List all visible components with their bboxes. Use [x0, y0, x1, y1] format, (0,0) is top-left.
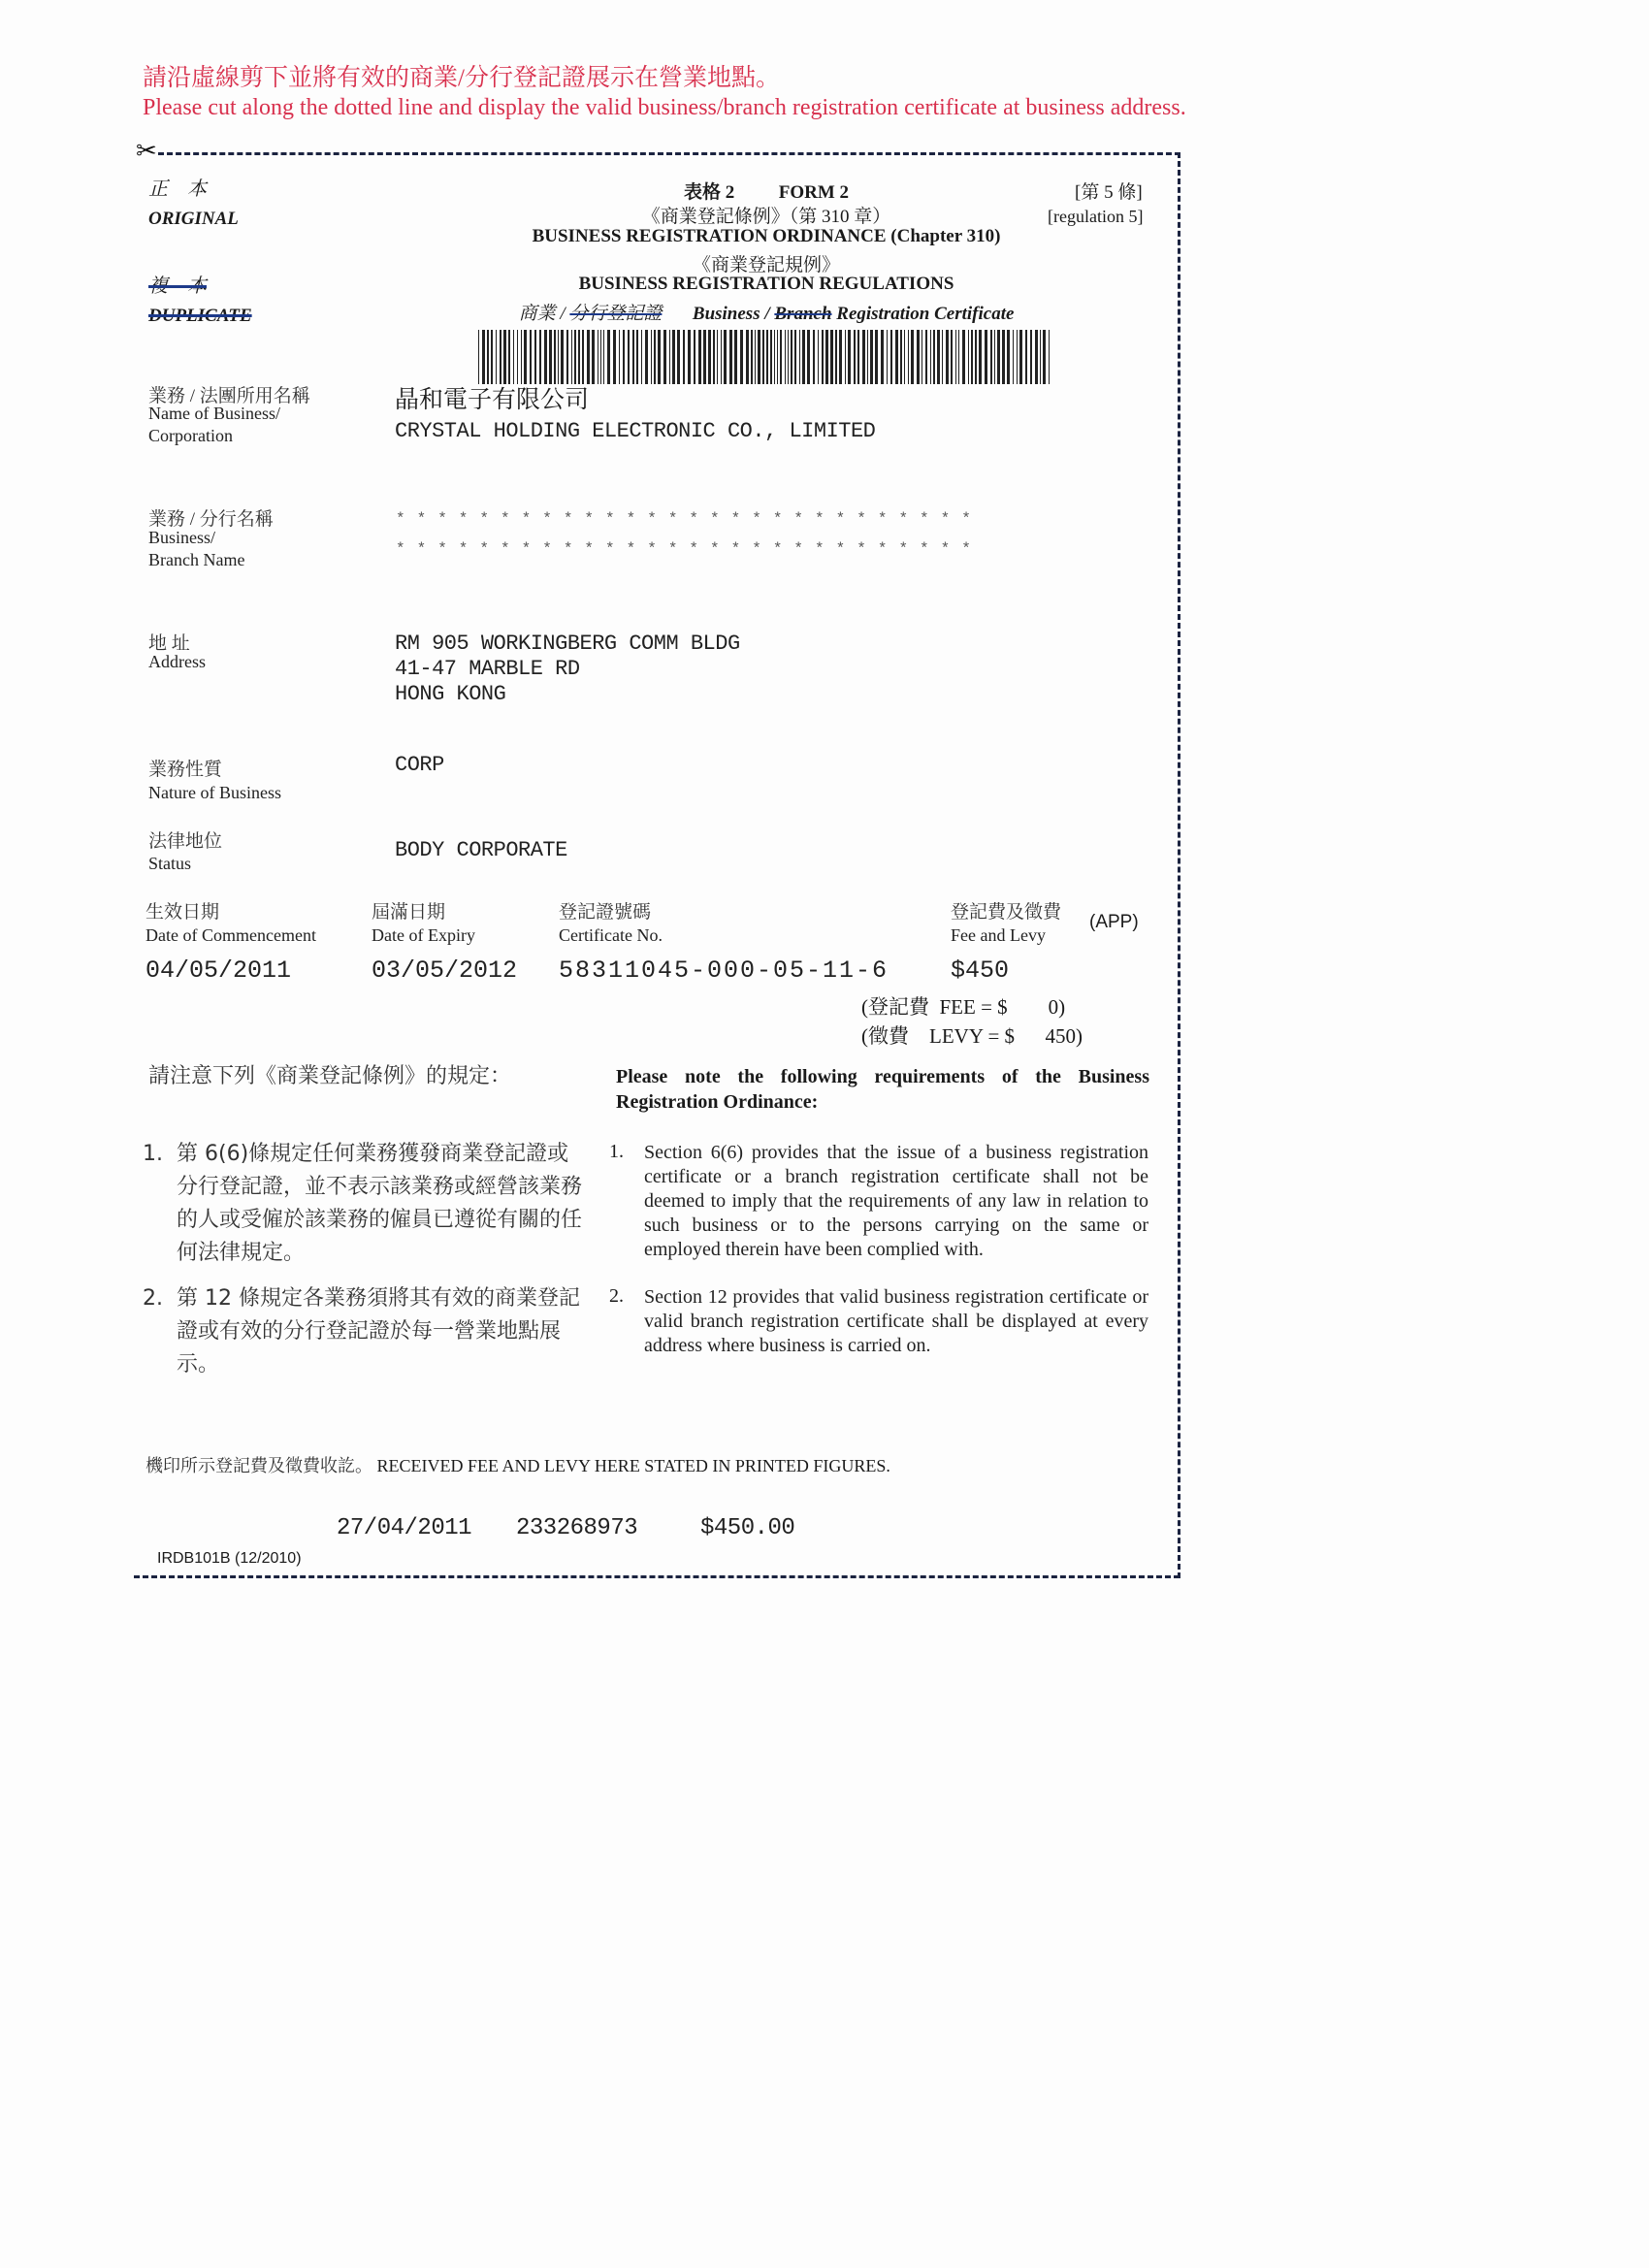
nature-label-zh: 業務性質: [148, 755, 222, 781]
cert-type-zh-branch: 分行登記證: [569, 304, 662, 324]
form-number-zh: 表格 2: [684, 182, 734, 203]
expiry-label-en: Date of Expiry: [372, 925, 475, 946]
duplicate-label-en: DUPLICATE: [148, 306, 252, 327]
address-line-1: RM 905 WORKINGBERG COMM BLDG: [395, 632, 740, 656]
receipt-statement-en: RECEIVED FEE AND LEVY HERE STATED IN PRI…: [377, 1456, 890, 1475]
form-number-en: FORM 2: [779, 182, 849, 203]
branch-name-line-1: ****************************: [396, 510, 983, 528]
note-1-number-en: 1.: [609, 1141, 624, 1163]
cut-line-bottom: [134, 1575, 1180, 1578]
levy-breakdown: (徵費 LEVY = $ 450): [861, 1021, 1083, 1050]
address-label-zh: 地 址: [148, 629, 190, 655]
address-line-2: 41-47 MARBLE RD: [395, 657, 580, 681]
note-2-number-zh: 2.: [143, 1282, 163, 1315]
barcode: [478, 330, 1053, 384]
branch-label-en-2: Branch Name: [148, 550, 244, 570]
cert-type-en-rest: Registration Certificate: [832, 304, 1015, 324]
branch-label-en-1: Business/: [148, 528, 215, 548]
commencement-date: 04/05/2011: [145, 956, 291, 985]
receipt-statement-zh: 機印所示登記費及徵費收訖。: [145, 1456, 372, 1475]
note-2-zh: 第 12 條規定各業務須將其有效的商業登記證或有效的分行登記證於每一營業地點展示…: [177, 1282, 589, 1381]
ordinance-en: BUSINESS REGISTRATION ORDINANCE (Chapter…: [427, 226, 1106, 247]
note-1-en: Section 6(6) provides that the issue of …: [644, 1141, 1148, 1262]
fee-label-zh: 登記費及徵費: [951, 897, 1061, 923]
receipt-statement: 機印所示登記費及徵費收訖。 RECEIVED FEE AND LEVY HERE…: [145, 1452, 890, 1477]
status-value: BODY CORPORATE: [395, 838, 567, 862]
certificate-number: 58311045-000-05-11-6: [559, 956, 889, 985]
regulation-ref-en: [regulation 5]: [1048, 207, 1143, 227]
fee-label-en: Fee and Levy: [951, 925, 1046, 946]
status-label-en: Status: [148, 854, 191, 874]
cert-type-en-branch: Branch: [774, 304, 831, 324]
cut-instruction-zh: 請沿虛線剪下並將有效的商業/分行登記證展示在營業地點。: [143, 58, 780, 93]
commencement-label-en: Date of Commencement: [145, 925, 316, 946]
certificate-type: 商業 / 分行登記證 Business / Branch Registratio…: [427, 299, 1106, 325]
ordinance-zh: 《商業登記條例》（第 310 章）: [427, 202, 1106, 228]
receipt-number: 233268973: [516, 1515, 637, 1541]
address-label-en: Address: [148, 652, 206, 672]
note-1-number-zh: 1.: [143, 1138, 163, 1171]
status-label-zh: 法律地位: [148, 826, 222, 853]
fee-breakdown: (登記費 FEE = $ 0): [861, 991, 1065, 1021]
name-label-en-2: Corporation: [148, 426, 233, 446]
expiry-label-zh: 屆滿日期: [372, 897, 445, 923]
nature-value: CORP: [395, 753, 444, 777]
commencement-label-zh: 生效日期: [145, 897, 219, 923]
receipt-date: 27/04/2011: [337, 1515, 471, 1541]
note-2-en: Section 12 provides that valid business …: [644, 1285, 1148, 1358]
branch-name-line-2: ****************************: [396, 540, 983, 558]
regulations-zh: 《商業登記規例》: [427, 250, 1106, 276]
notes-title-zh: 請注意下列《商業登記條例》的規定：: [148, 1060, 511, 1093]
regulation-ref-zh: [第 5 條]: [1075, 178, 1143, 204]
business-name-en: CRYSTAL HOLDING ELECTRONIC CO., LIMITED: [395, 419, 875, 443]
original-label-en: ORIGINAL: [148, 209, 239, 230]
original-label-zh: 正 本: [148, 173, 207, 201]
business-name-zh: 晶和電子有限公司: [395, 380, 589, 415]
cut-line-right: [1178, 152, 1180, 1578]
address-line-3: HONG KONG: [395, 682, 505, 706]
notes-title-en: Please note the following requirements o…: [616, 1064, 1149, 1115]
scissors-icon: ✂: [136, 139, 157, 164]
regulations-en: BUSINESS REGISTRATION REGULATIONS: [427, 274, 1106, 295]
cert-type-separator: /: [556, 304, 570, 324]
fee-total: $450: [951, 956, 1009, 985]
cert-type-zh-business: 商業: [519, 304, 556, 324]
note-1-zh: 第 6(6)條規定任何業務獲發商業登記證或分行登記證，並不表示該業務或經營該業務…: [177, 1138, 589, 1270]
expiry-date: 03/05/2012: [372, 956, 517, 985]
form-code: IRDB101B (12/2010): [157, 1550, 302, 1568]
name-label-en-1: Name of Business/: [148, 404, 280, 424]
cert-type-en-business: Business /: [693, 304, 774, 324]
duplicate-label-zh: 複 本: [148, 270, 207, 298]
form-number: 表格 2 FORM 2: [427, 178, 1106, 204]
branch-label-zh: 業務 / 分行名稱: [148, 504, 274, 531]
note-2-number-en: 2.: [609, 1285, 624, 1308]
certificate-label-zh: 登記證號碼: [559, 897, 651, 923]
cut-line-top: [158, 152, 1180, 155]
cut-instruction-en: Please cut along the dotted line and dis…: [143, 95, 1186, 121]
nature-label-en: Nature of Business: [148, 783, 281, 803]
fee-tag: (APP): [1089, 912, 1139, 933]
receipt-amount: $450.00: [700, 1515, 794, 1541]
certificate-label-en: Certificate No.: [559, 925, 663, 946]
